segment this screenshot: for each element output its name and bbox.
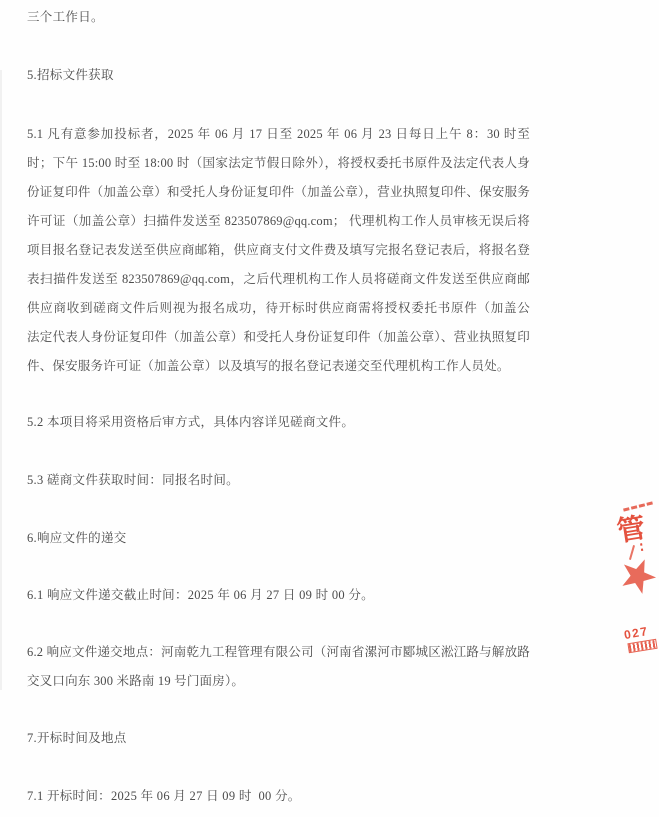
paragraph-5-2: 5.2 本项目将采用资格后审方式，具体内容详见磋商文件。 <box>27 414 354 430</box>
seal-hatch-box-icon <box>627 639 657 653</box>
seal-star-icon <box>613 549 659 602</box>
paragraph-5-1-line: 时；下午 15:00 时至 18:00 时（国家法定节假日除外），将授权委托书原… <box>27 155 530 172</box>
section-5-heading: 5.招标文件获取 <box>27 67 114 83</box>
paragraph-6-1: 6.1 响应文件递交截止时间：2025 年 06 月 27 日 09 时 00 … <box>27 587 374 603</box>
paragraph-5-1-line: 5.1 凡有意参加投标者，2025 年 06 月 17 日至 2025 年 06… <box>27 126 530 143</box>
paragraph-5-1-line: 份证复印件（加盖公章）和受托人身份证复印件（加盖公章），营业执照复印件、保安服务 <box>27 184 530 201</box>
paragraph-5-1-line: 件、保安服务许可证（加盖公章）以及填写的报名登记表递交至代理机构工作人员处。 <box>27 358 530 375</box>
section-7-heading: 7.开标时间及地点 <box>27 730 127 746</box>
paragraph-7-1: 7.1 开标时间：2025 年 06 月 27 日 09 时 00 分。 <box>27 788 301 804</box>
paragraph-5-1-line: 项目报名登记表发送至供应商邮箱，供应商支付文件费及填写完报名登记表后，将报名登记 <box>27 242 530 259</box>
scan-edge-artifact <box>0 70 2 690</box>
paragraph-continuation: 三个工作日。 <box>27 9 104 25</box>
paragraph-6-2-line: 交叉口向东 300 米路南 19 号门面房）。 <box>27 673 530 690</box>
paragraph-6-2-line: 6.2 响应文件递交地点：河南乾九工程管理有限公司（河南省漯河市郾城区淞江路与解… <box>27 644 530 661</box>
paragraph-5-3: 5.3 磋商文件获取时间：同报名时间。 <box>27 472 239 488</box>
section-6-heading: 6.响应文件的递交 <box>27 530 127 546</box>
scanned-tender-document-page: 三个工作日。 5.招标文件获取 5.1 凡有意参加投标者，2025 年 06 月… <box>0 0 659 817</box>
paragraph-5-1-line: 法定代表人身份证复印件（加盖公章）和受托人身份证复印件（加盖公章）、营业执照复印 <box>27 329 530 346</box>
paragraph-5-1-line: 许可证（加盖公章）扫描件发送至 823507869@qq.com； 代理机构工作… <box>27 213 530 230</box>
paragraph-5-1-line: 供应商收到磋商文件后则视为报名成功，待开标时供应商需将授权委托书原件（加盖公章）… <box>27 300 530 317</box>
paragraph-5-1-line: 表扫描件发送至 823507869@qq.com，之后代理机构工作人员将磋商文件… <box>27 271 530 288</box>
